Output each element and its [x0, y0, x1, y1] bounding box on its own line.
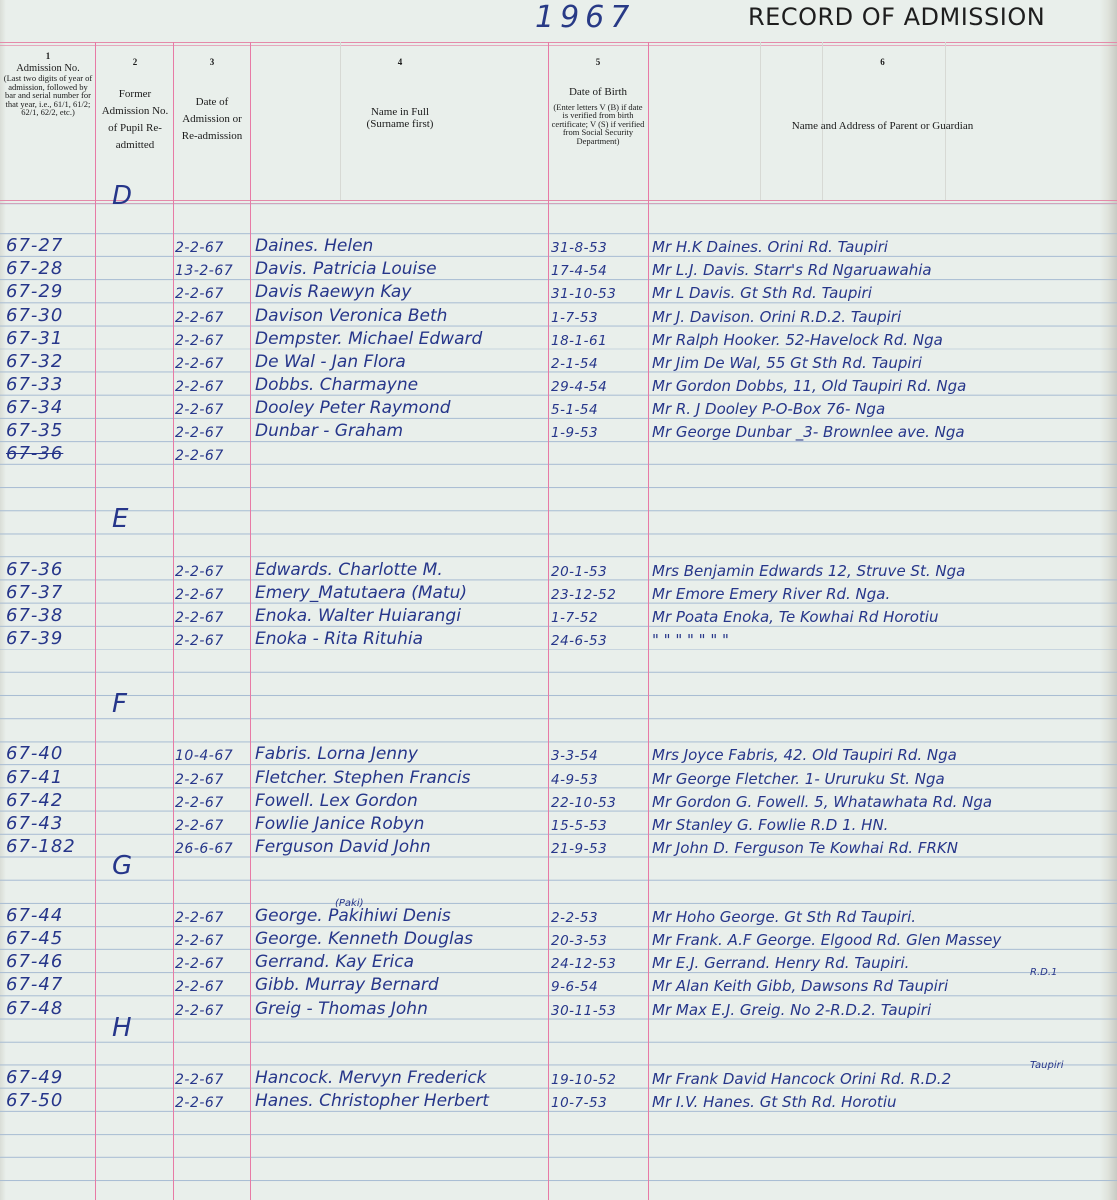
column-number: 4 — [255, 58, 545, 67]
pupil-name: Fabris. Lorna Jenny — [255, 744, 418, 764]
column-note: (Last two digits of year of admission, f… — [2, 74, 94, 117]
parent-guardian: Mr Ralph Hooker. 52-Havelock Rd. Nga — [652, 330, 943, 350]
column-header-name-in-full: 4 Name in Full (Surname first) — [255, 58, 545, 131]
column-title: Former Admission No. of Pupil Re-admitte… — [102, 88, 169, 150]
parent-guardian: Mrs Benjamin Edwards 12, Struve St. Nga — [652, 561, 965, 581]
column-number: 3 — [176, 58, 248, 67]
parent-guardian: Mr Alan Keith Gibb, Dawsons Rd Taupiri — [652, 976, 948, 996]
pupil-name: George. Kenneth Douglas — [255, 929, 473, 949]
date-of-birth: 22-10-53 — [551, 793, 616, 813]
section-letter: H — [112, 1018, 132, 1038]
pupil-name: Dunbar - Graham — [255, 421, 403, 441]
admission-date: 10-4-67 — [175, 746, 233, 766]
admission-number: 67-36 — [6, 444, 63, 464]
date-of-birth: 19-10-52 — [551, 1070, 616, 1090]
admission-number: 67-37 — [6, 583, 63, 603]
admission-date: 2-2-67 — [175, 400, 224, 420]
date-of-birth: 2-1-54 — [551, 354, 598, 374]
column-title: Date of Admission or Re-admission — [182, 96, 243, 142]
admission-number: 67-40 — [6, 744, 63, 764]
header-top-line — [0, 42, 1117, 43]
admission-register-page: 1967 RECORD OF ADMISSION 1 Admission No.… — [0, 0, 1117, 1200]
admission-date: 2-2-67 — [175, 816, 224, 836]
pupil-name: Daines. Helen — [255, 236, 373, 256]
pupil-name: Dooley Peter Raymond — [255, 398, 451, 418]
column-note: (Surname first) — [255, 119, 545, 131]
admission-number: 67-28 — [6, 259, 63, 279]
pupil-name: Fletcher. Stephen Francis — [255, 768, 470, 788]
parent-guardian: Mr Gordon G. Fowell. 5, Whatawhata Rd. N… — [652, 792, 992, 812]
admission-number: 67-33 — [6, 375, 63, 395]
handwritten-year: 1967 — [535, 0, 635, 35]
date-of-birth: 15-5-53 — [551, 816, 607, 836]
pupil-name: Enoka - Rita Rituhia — [255, 629, 423, 649]
column-header-parent-guardian: 6 Name and Address of Parent or Guardian — [650, 58, 1115, 134]
admission-number: 67-27 — [6, 236, 63, 256]
admission-number: 67-182 — [6, 837, 76, 857]
pupil-name: De Wal - Jan Flora — [255, 352, 406, 372]
admission-number: 67-34 — [6, 398, 63, 418]
date-of-birth: 1-7-52 — [551, 608, 598, 628]
column-number: 6 — [650, 58, 1115, 67]
admission-date: 2-2-67 — [175, 446, 224, 466]
admission-date: 2-2-67 — [175, 631, 224, 651]
date-of-birth: 2-2-53 — [551, 908, 598, 928]
column-divider-2 — [173, 42, 174, 1200]
date-of-birth: 31-8-53 — [551, 238, 607, 258]
date-of-birth: 23-12-52 — [551, 585, 616, 605]
admission-date: 2-2-67 — [175, 585, 224, 605]
column-divider-5 — [648, 42, 649, 1200]
admission-date: 2-2-67 — [175, 908, 224, 928]
parent-guardian: Mr I.V. Hanes. Gt Sth Rd. Horotiu — [652, 1092, 897, 1112]
admission-number: 67-39 — [6, 629, 63, 649]
admission-date: 2-2-67 — [175, 1001, 224, 1021]
date-of-birth: 18-1-61 — [551, 331, 607, 351]
admission-date: 2-2-67 — [175, 977, 224, 997]
admission-number: 67-48 — [6, 999, 63, 1019]
admission-date: 2-2-67 — [175, 331, 224, 351]
pupil-name: Enoka. Walter Huiarangi — [255, 606, 461, 626]
parent-guardian: Mr Max E.J. Greig. No 2-R.D.2. Taupiri — [652, 1000, 931, 1020]
parent-guardian: Mr George Fletcher. 1- Ururuku St. Nga — [652, 769, 945, 789]
pupil-name: Emery_Matutaera (Matu) — [255, 583, 467, 603]
pupil-name: Fowlie Janice Robyn — [255, 814, 424, 834]
admission-date: 2-2-67 — [175, 562, 224, 582]
admission-number: 67-45 — [6, 929, 63, 949]
page-title: RECORD OF ADMISSION — [748, 3, 1045, 31]
admission-number: 67-46 — [6, 952, 63, 972]
admission-date: 2-2-67 — [175, 308, 224, 328]
column-note: (Enter letters V (B) if date is verified… — [550, 103, 646, 146]
admission-date: 2-2-67 — [175, 377, 224, 397]
pupil-name: Dempster. Michael Edward — [255, 329, 482, 349]
admission-number: 67-32 — [6, 352, 63, 372]
admission-date: 2-2-67 — [175, 608, 224, 628]
date-of-birth: 30-11-53 — [551, 1001, 616, 1021]
parent-guardian: Mr E.J. Gerrand. Henry Rd. Taupiri. — [652, 953, 909, 973]
date-of-birth: 31-10-53 — [551, 284, 616, 304]
date-of-birth: 5-1-54 — [551, 400, 598, 420]
column-header-admission-no: 1 Admission No. (Last two digits of year… — [2, 52, 94, 117]
admission-number: 67-44 — [6, 906, 63, 926]
section-letter: E — [112, 509, 128, 529]
parent-guardian: Mr Jim De Wal, 55 Gt Sth Rd. Taupiri — [652, 353, 922, 373]
admission-date: 13-2-67 — [175, 261, 233, 281]
admission-date: 2-2-67 — [175, 238, 224, 258]
column-number: 2 — [100, 58, 170, 67]
admission-date: 2-2-67 — [175, 770, 224, 790]
admission-date: 2-2-67 — [175, 284, 224, 304]
section-letter: D — [112, 186, 132, 206]
date-of-birth: 10-7-53 — [551, 1093, 607, 1113]
column-divider-3 — [250, 42, 251, 1200]
date-of-birth: 17-4-54 — [551, 261, 607, 281]
parent-guardian: Mr Stanley G. Fowlie R.D 1. HN. — [652, 815, 888, 835]
parent-guardian: Mr Emore Emery River Rd. Nga. — [652, 584, 890, 604]
admission-date: 2-2-67 — [175, 1070, 224, 1090]
pupil-name: Dobbs. Charmayne — [255, 375, 418, 395]
admission-date: 2-2-67 — [175, 793, 224, 813]
header-bottom-line-2 — [0, 203, 1117, 204]
parent-guardian: Mr Hoho George. Gt Sth Rd Taupiri. — [652, 907, 916, 927]
parent-guardian: Mr Frank. A.F George. Elgood Rd. Glen Ma… — [652, 930, 1001, 950]
parent-guardian: Mr Gordon Dobbs, 11, Old Taupiri Rd. Nga — [652, 376, 966, 396]
column-title: Name and Address of Parent or Guardian — [792, 120, 973, 132]
pupil-name: Fowell. Lex Gordon — [255, 791, 418, 811]
parent-guardian: Mr J. Davison. Orini R.D.2. Taupiri — [652, 307, 901, 327]
parent-guardian: Mr Poata Enoka, Te Kowhai Rd Horotiu — [652, 607, 938, 627]
parent-guardian: " " " " " " " — [652, 630, 729, 650]
parent-guardian: Mr L.J. Davis. Starr's Rd Ngaruawahia — [652, 260, 932, 280]
admission-number: 67-43 — [6, 814, 63, 834]
parent-address-note: R.D.1 — [1030, 963, 1057, 983]
date-of-birth: 29-4-54 — [551, 377, 607, 397]
column-divider-4 — [548, 42, 549, 1200]
date-of-birth: 4-9-53 — [551, 770, 598, 790]
date-of-birth: 1-9-53 — [551, 423, 598, 443]
admission-number: 67-36 — [6, 560, 63, 580]
admission-date: 26-6-67 — [175, 839, 233, 859]
parent-guardian: Mr L Davis. Gt Sth Rd. Taupiri — [652, 283, 872, 303]
pupil-name: Gibb. Murray Bernard — [255, 975, 439, 995]
admission-number: 67-49 — [6, 1068, 63, 1088]
admission-date: 2-2-67 — [175, 423, 224, 443]
parent-address-note: Taupiri — [1030, 1056, 1064, 1076]
column-header-date-of-admission: 3 Date of Admission or Re-admission — [176, 58, 248, 144]
date-of-birth: 24-12-53 — [551, 954, 616, 974]
admission-number: 67-42 — [6, 791, 63, 811]
pupil-name: Edwards. Charlotte M. — [255, 560, 443, 580]
pupil-name: Davis. Patricia Louise — [255, 259, 437, 279]
date-of-birth: 1-7-53 — [551, 308, 598, 328]
admission-date: 2-2-67 — [175, 1093, 224, 1113]
pupil-name: Hancock. Mervyn Frederick — [255, 1068, 487, 1088]
admission-number: 67-30 — [6, 306, 63, 326]
pupil-name: Hanes. Christopher Herbert — [255, 1091, 489, 1111]
column-number: 5 — [550, 58, 646, 67]
pupil-name: Gerrand. Kay Erica — [255, 952, 414, 972]
admission-date: 2-2-67 — [175, 931, 224, 951]
date-of-birth: 3-3-54 — [551, 746, 598, 766]
pupil-name: Davis Raewyn Kay — [255, 282, 411, 302]
column-number: 1 — [2, 52, 94, 61]
parent-guardian: Mr H.K Daines. Orini Rd. Taupiri — [652, 237, 888, 257]
parent-guardian: Mr R. J Dooley P-O-Box 76- Nga — [652, 399, 885, 419]
parent-guardian: Mr George Dunbar _3- Brownlee ave. Nga — [652, 422, 965, 442]
admission-number: 67-31 — [6, 329, 63, 349]
section-letter: F — [112, 694, 127, 714]
admission-date: 2-2-67 — [175, 954, 224, 974]
date-of-birth: 21-9-53 — [551, 839, 607, 859]
admission-number: 67-50 — [6, 1091, 63, 1111]
section-letter: G — [112, 856, 132, 876]
pupil-name: Greig - Thomas John — [255, 999, 428, 1019]
date-of-birth: 9-6-54 — [551, 977, 598, 997]
admission-number: 67-38 — [6, 606, 63, 626]
pupil-name: Ferguson David John — [255, 837, 431, 857]
column-header-date-of-birth: 5 Date of Birth (Enter letters V (B) if … — [550, 58, 646, 145]
column-title: Date of Birth — [550, 87, 646, 99]
date-of-birth: 20-3-53 — [551, 931, 607, 951]
header-bottom-line — [0, 200, 1117, 201]
admission-number: 67-41 — [6, 768, 63, 788]
header-top-line-2 — [0, 45, 1117, 46]
date-of-birth: 20-1-53 — [551, 562, 607, 582]
column-header-former-admission: 2 Former Admission No. of Pupil Re-admit… — [100, 58, 170, 153]
parent-guardian: Mrs Joyce Fabris, 42. Old Taupiri Rd. Ng… — [652, 745, 957, 765]
date-of-birth: 24-6-53 — [551, 631, 607, 651]
pupil-name: Davison Veronica Beth — [255, 306, 447, 326]
admission-date: 2-2-67 — [175, 354, 224, 374]
admission-number: 67-47 — [6, 975, 63, 995]
admission-number: 67-35 — [6, 421, 63, 441]
admission-number: 67-29 — [6, 282, 63, 302]
column-divider-1 — [95, 42, 96, 1200]
parent-guardian: Mr Frank David Hancock Orini Rd. R.D.2 — [652, 1069, 951, 1089]
parent-guardian: Mr John D. Ferguson Te Kowhai Rd. FRKN — [652, 838, 958, 858]
pupil-name-note: (Paki) — [335, 894, 364, 914]
